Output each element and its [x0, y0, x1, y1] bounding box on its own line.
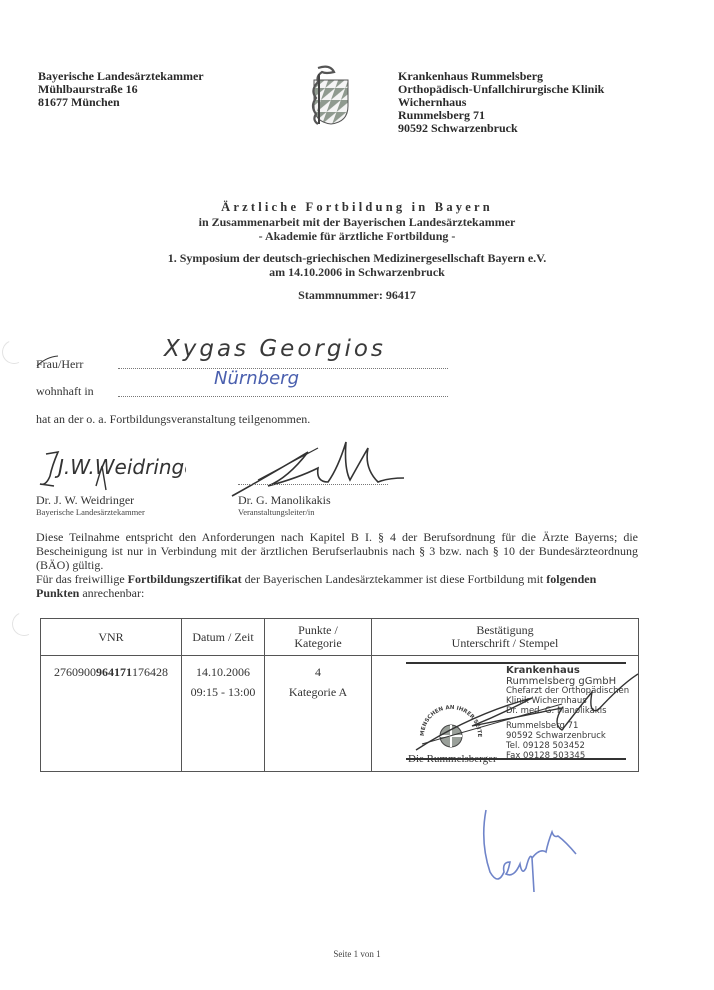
hole-punch-mark [9, 609, 40, 640]
cell-points: 4 Kategorie A [265, 656, 372, 772]
residence-dotted-line [118, 396, 448, 397]
heading-line-2: in Zusammenarbeit mit der Bayerischen La… [0, 215, 714, 230]
signature-manolikakis-handwritten [228, 438, 418, 498]
cell-time: 09:15 - 13:00 [183, 682, 263, 702]
header-datetime: Datum / Zeit [182, 619, 265, 656]
cell-datetime: 14.10.2006 09:15 - 13:00 [182, 656, 265, 772]
name-label: Frau/Herr [36, 357, 83, 372]
stammnummer: Stammnummer: 96417 [0, 288, 714, 303]
points-text-bold-1: Fortbildungszertifikat [128, 572, 242, 586]
signatory-2-name: Dr. G. Manolikakis [238, 493, 331, 508]
points-text-pre: Für das freiwillige [36, 572, 128, 586]
heading-line-3: - Akademie für ärztliche Fortbildung - [0, 229, 714, 244]
signatory-2-role: Veranstaltungsleiter/in [238, 507, 314, 517]
header-vnr: VNR [41, 619, 182, 656]
document-title: Ärztliche Fortbildung in Bayern [0, 200, 714, 215]
recipient-line: 90592 Schwarzenbruck [398, 122, 604, 135]
certificate-body-text: Diese Teilnahme entspricht den Anforderu… [36, 530, 638, 600]
participant-signature-handwritten [480, 802, 590, 892]
cell-category: Kategorie A [266, 682, 370, 702]
recipient-address: Krankenhaus Rummelsberg Orthopädisch-Unf… [398, 70, 604, 135]
points-table: VNR Datum / Zeit Punkte / Kategorie Best… [40, 618, 639, 772]
signature-dotted-line [238, 484, 388, 485]
points-text-post: anrechenbar: [79, 586, 144, 600]
cell-date: 14.10.2006 [183, 662, 263, 682]
vnr-part-bold: 964171 [96, 665, 132, 679]
vnr-part: 2760900 [54, 665, 96, 679]
sender-address: Bayerische Landesärztekammer Mühlbaurstr… [38, 70, 204, 109]
page-number: Seite 1 von 1 [0, 949, 714, 959]
table-row: 2760900964171176428 14.10.2006 09:15 - 1… [41, 656, 639, 772]
points-text-mid: der Bayerischen Landesärztekammer ist di… [242, 572, 547, 586]
sender-line: 81677 München [38, 96, 204, 109]
signatory-1-name: Dr. J. W. Weidringer [36, 493, 134, 508]
header-confirmation-line-2: Unterschrift / Stempel [373, 637, 637, 650]
hospital-stamp: MENSCHEN AN IHRER SEITE Die Rummelsberge… [372, 656, 638, 764]
attendance-text: hat an der o. a. Fortbildungsveranstaltu… [36, 412, 310, 427]
strikethrough-mark [36, 355, 60, 369]
hole-punch-mark [0, 337, 29, 368]
header-points: Punkte / Kategorie [265, 619, 372, 656]
svg-text:J.W.Weidringer: J.W.Weidringer [54, 455, 186, 479]
residence-label: wohnhaft in [36, 384, 94, 399]
participant-name-handwritten: Xygas Georgios [164, 336, 386, 362]
event-date: am 14.10.2006 in Schwarzenbruck [0, 265, 714, 280]
header-confirmation: Bestätigung Unterschrift / Stempel [372, 619, 639, 656]
vnr-part: 176428 [132, 665, 168, 679]
bavarian-coat-of-arms-icon [304, 64, 350, 126]
residence-handwritten: Nürnberg [214, 368, 299, 389]
points-paragraph: Für das freiwillige Fortbildungszertifik… [36, 572, 638, 600]
cell-vnr: 2760900964171176428 [41, 656, 182, 772]
signature-weidringer-handwritten: J.W.Weidringer [36, 446, 186, 492]
cell-points-value: 4 [266, 662, 370, 682]
header-points-line-2: Kategorie [266, 637, 370, 650]
stamp-signature-handwritten [412, 664, 642, 754]
signatory-1-role: Bayerische Landesärztekammer [36, 507, 145, 517]
table-header-row: VNR Datum / Zeit Punkte / Kategorie Best… [41, 619, 639, 656]
validity-paragraph: Diese Teilnahme entspricht den Anforderu… [36, 530, 638, 572]
cell-confirmation: MENSCHEN AN IHRER SEITE Die Rummelsberge… [372, 656, 639, 772]
event-title: 1. Symposium der deutsch-griechischen Me… [0, 251, 714, 266]
